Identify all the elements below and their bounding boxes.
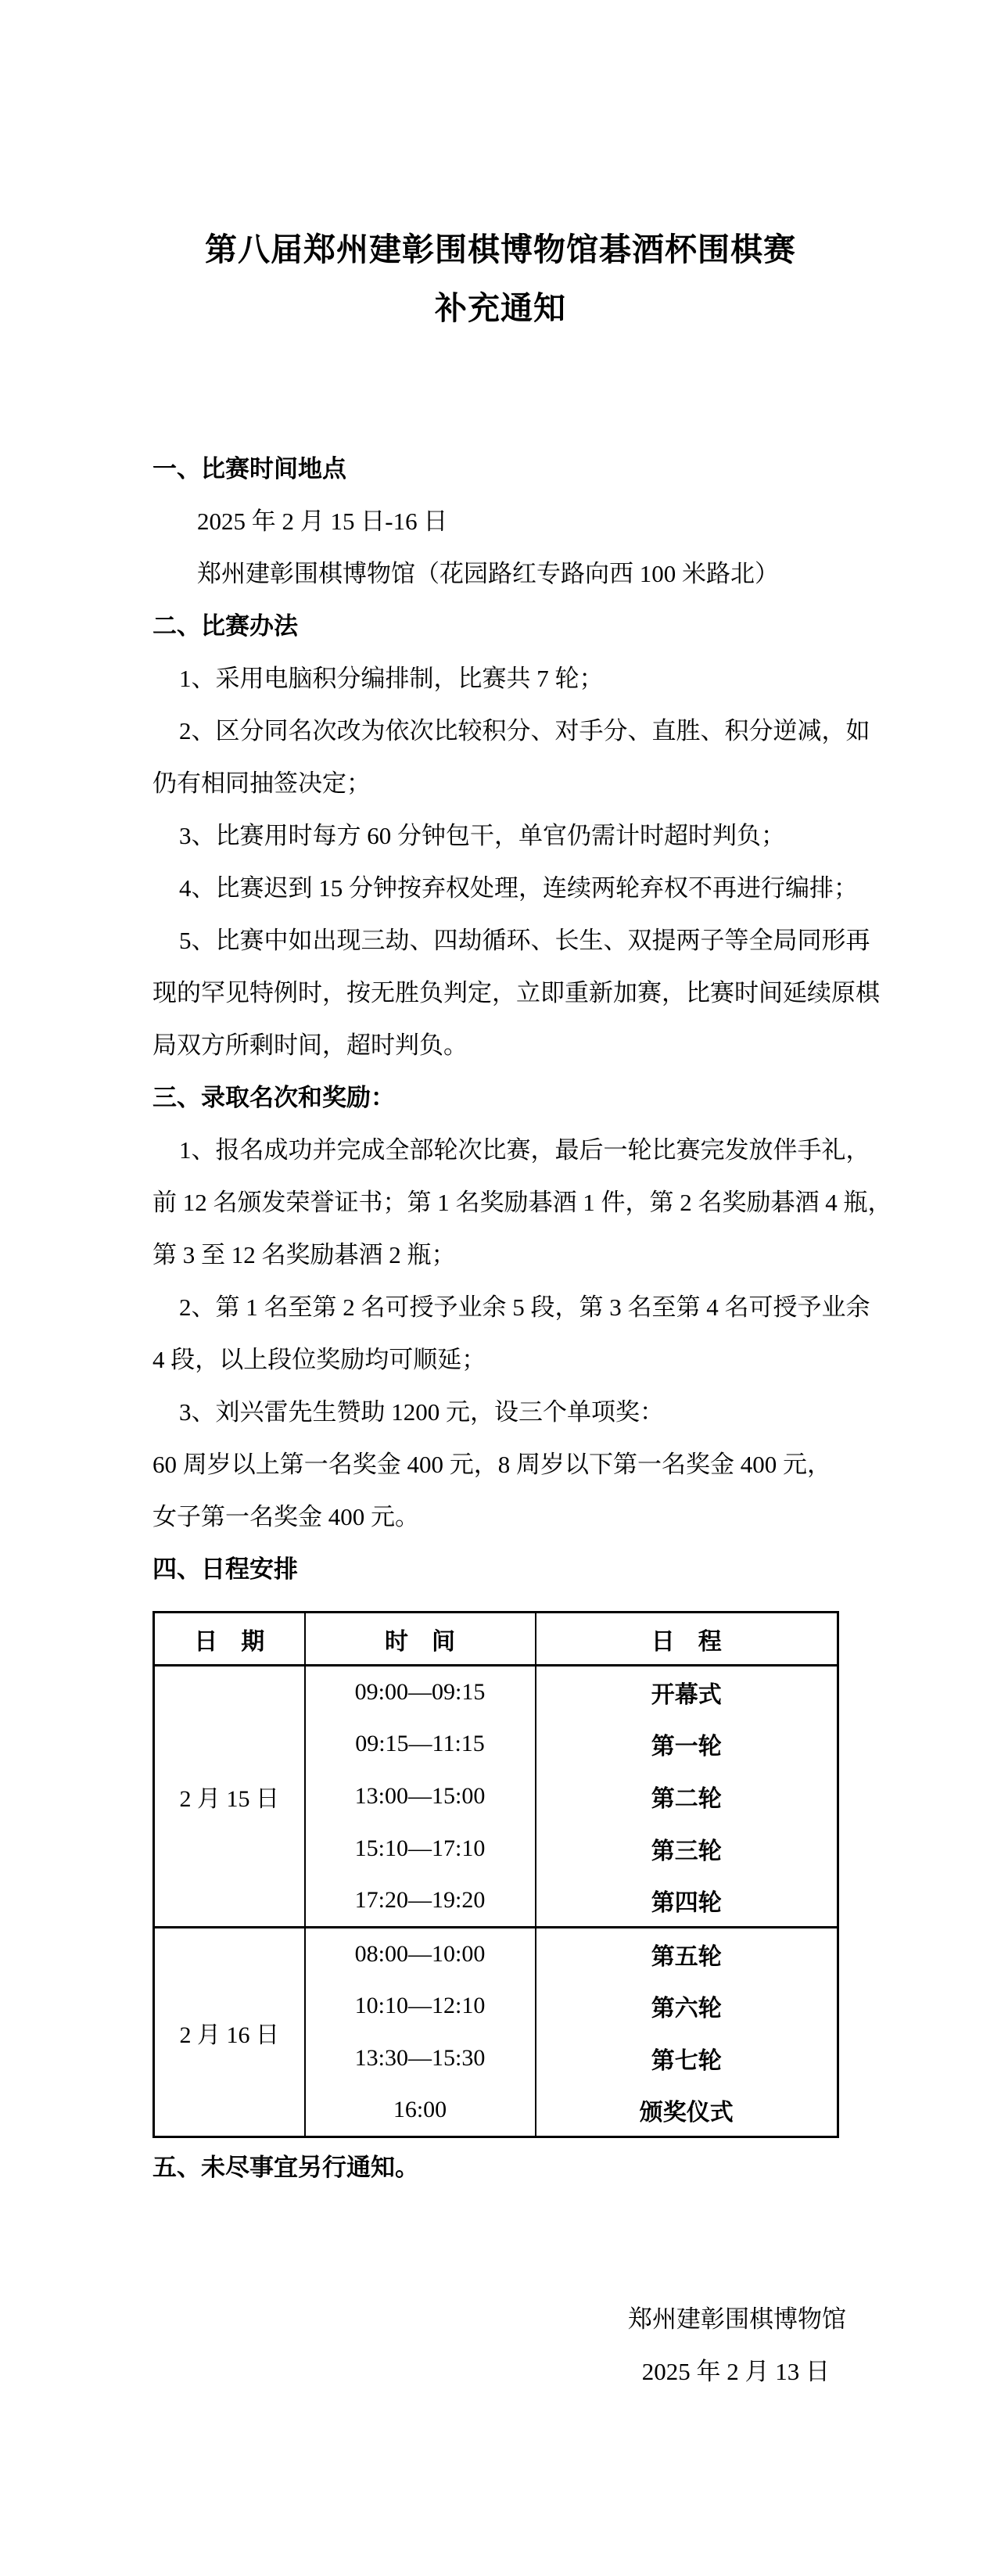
schedule-cell-event: 第一轮 xyxy=(536,1718,838,1771)
paragraph-line: 60 周岁以上第一名奖金 400 元，8 周岁以下第一名奖金 400 元， xyxy=(152,1438,868,1491)
paragraph-line: 3、比赛用时每方 60 分钟包干，单官仍需计时超时判负； xyxy=(152,809,868,862)
schedule-header-row: 日 期 时 间 日 程 xyxy=(154,1613,838,1666)
schedule-cell-time: 13:00—15:00 xyxy=(305,1771,536,1823)
document-body: 一、比赛时间地点 2025 年 2 月 15 日-16 日 郑州建彰围棋博物馆（… xyxy=(152,443,868,1595)
signature-date: 2025 年 2 月 13 日 xyxy=(0,2345,1001,2398)
document-page: 第八届郑州建彰围棋博物馆碁酒杯围棋赛 补充通知 一、比赛时间地点 2025 年 … xyxy=(0,0,1001,2576)
schedule-header-event: 日 程 xyxy=(536,1613,838,1666)
paragraph-line: 4、比赛迟到 15 分钟按弃权处理，连续两轮弃权不再进行编排； xyxy=(152,862,868,914)
schedule-cell-time: 13:30—15:30 xyxy=(305,2032,536,2085)
table-row: 2 月 15 日 09:00—09:15 开幕式 xyxy=(154,1666,838,1718)
paragraph-line: 前 12 名颁发荣誉证书；第 1 名奖励碁酒 1 件，第 2 名奖励碁酒 4 瓶… xyxy=(152,1176,868,1229)
schedule-cell-event: 第三轮 xyxy=(536,1823,838,1875)
page-title: 第八届郑州建彰围棋博物馆碁酒杯围棋赛 xyxy=(0,221,1001,279)
schedule-cell-event: 颁奖仪式 xyxy=(536,2085,838,2137)
paragraph-line: 1、报名成功并完成全部轮次比赛，最后一轮比赛完发放伴手礼， xyxy=(152,1124,868,1176)
paragraph-line: 2、第 1 名至第 2 名可授予业余 5 段，第 3 名至第 4 名可授予业余 xyxy=(152,1281,868,1333)
schedule-cell-event: 第四轮 xyxy=(536,1875,838,1928)
document-footer: 郑州建彰围棋博物馆 2025 年 2 月 13 日 xyxy=(0,2293,1001,2398)
section-heading-5: 五、未尽事宜另行通知。 xyxy=(152,2141,868,2194)
schedule-cell-time: 08:00—10:00 xyxy=(305,1928,536,1980)
schedule-header-time: 时 间 xyxy=(305,1613,536,1666)
table-row: 2 月 16 日 08:00—10:00 第五轮 xyxy=(154,1928,838,1980)
paragraph-line: 4 段，以上段位奖励均可顺延； xyxy=(152,1333,868,1386)
paragraph-line: 局双方所剩时间，超时判负。 xyxy=(152,1019,868,1071)
paragraph-line: 女子第一名奖金 400 元。 xyxy=(152,1491,868,1543)
schedule-cell-time: 09:00—09:15 xyxy=(305,1666,536,1718)
schedule-table: 日 期 时 间 日 程 2 月 15 日 09:00—09:15 开幕式 09:… xyxy=(152,1611,839,2138)
signature-org: 郑州建彰围棋博物馆 xyxy=(0,2293,1001,2345)
schedule-cell-time: 15:10—17:10 xyxy=(305,1823,536,1875)
schedule-cell-time: 09:15—11:15 xyxy=(305,1718,536,1771)
paragraph-line: 3、刘兴雷先生赞助 1200 元，设三个单项奖： xyxy=(152,1386,868,1438)
paragraph-line: 第 3 至 12 名奖励碁酒 2 瓶； xyxy=(152,1229,868,1281)
paragraph-line: 郑州建彰围棋博物馆（花园路红专路向西 100 米路北） xyxy=(152,547,868,600)
schedule-cell-event: 开幕式 xyxy=(536,1666,838,1718)
schedule-cell-time: 17:20—19:20 xyxy=(305,1875,536,1928)
schedule-cell-date: 2 月 15 日 xyxy=(154,1666,305,1928)
paragraph-line: 5、比赛中如出现三劫、四劫循环、长生、双提两子等全局同形再 xyxy=(152,914,868,967)
section-heading-2: 二、比赛办法 xyxy=(152,600,868,652)
section-heading-4: 四、日程安排 xyxy=(152,1543,868,1595)
schedule-cell-time: 10:10—12:10 xyxy=(305,1980,536,2032)
schedule-cell-time: 16:00 xyxy=(305,2085,536,2137)
section-heading-3: 三、录取名次和奖励： xyxy=(152,1071,868,1124)
paragraph-line: 1、采用电脑积分编排制，比赛共 7 轮； xyxy=(152,652,868,705)
schedule-cell-event: 第七轮 xyxy=(536,2032,838,2085)
paragraph-line: 2、区分同名次改为依次比较积分、对手分、直胜、积分逆减，如 xyxy=(152,705,868,757)
section-heading-1: 一、比赛时间地点 xyxy=(152,443,868,495)
schedule-cell-event: 第二轮 xyxy=(536,1771,838,1823)
schedule-cell-event: 第六轮 xyxy=(536,1980,838,2032)
paragraph-line: 仍有相同抽签决定； xyxy=(152,757,868,809)
document-title-block: 第八届郑州建彰围棋博物馆碁酒杯围棋赛 补充通知 xyxy=(0,0,1001,338)
page-subtitle: 补充通知 xyxy=(0,279,1001,338)
schedule-cell-date: 2 月 16 日 xyxy=(154,1928,305,2137)
paragraph-line: 2025 年 2 月 15 日-16 日 xyxy=(152,495,868,547)
schedule-cell-event: 第五轮 xyxy=(536,1928,838,1980)
schedule-header-date: 日 期 xyxy=(154,1613,305,1666)
paragraph-line: 现的罕见特例时，按无胜负判定，立即重新加赛，比赛时间延续原棋 xyxy=(152,967,868,1019)
